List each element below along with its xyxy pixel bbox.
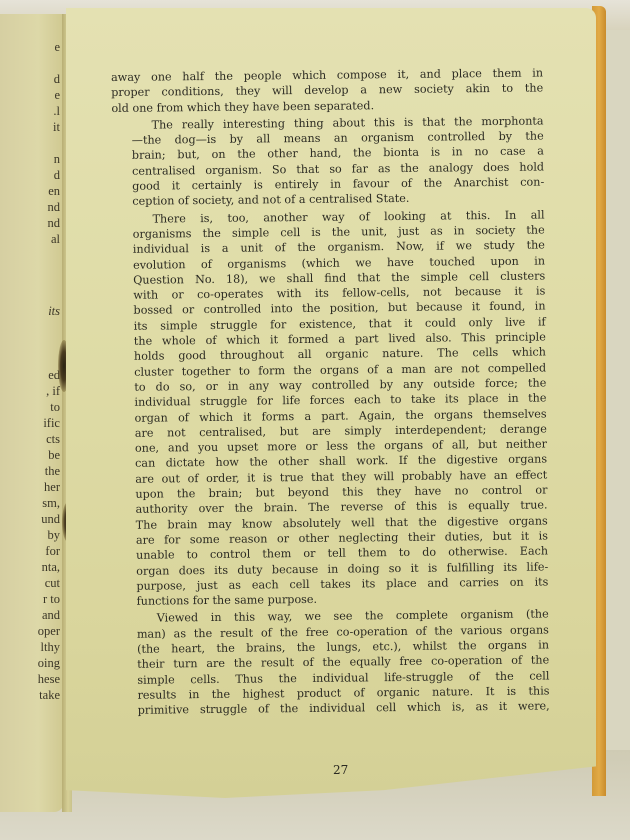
paragraph: There is, too, another way of looking at… (112, 207, 548, 609)
left-page-fragment: d (54, 72, 60, 87)
left-page-fragment: ific (43, 416, 60, 431)
left-page-fragment: cts (46, 432, 60, 447)
left-page-fragment: , if (46, 384, 60, 399)
left-page-fragment: e (54, 88, 60, 103)
left-page-fragment: oper (38, 624, 60, 639)
paragraph: Viewed in this way, we see the complete … (117, 607, 550, 719)
left-page-fragment: it (53, 120, 60, 135)
left-page-fragment: e (54, 40, 60, 55)
left-page-fragment: al (51, 232, 60, 247)
left-page: ede.litndenndndalitsed, iftoificctsbethe… (0, 14, 64, 812)
left-page-fragment: en (48, 184, 60, 199)
text-line: functions for the same purpose. (116, 590, 548, 610)
left-page-fragment: nd (48, 200, 61, 215)
paragraph: The really interesting thing about this … (112, 113, 545, 209)
left-page-fragment: and (42, 608, 60, 623)
left-page-fragment: the (45, 464, 60, 479)
left-page-fragment: lthy (41, 640, 60, 655)
left-page-fragment: oing (38, 656, 60, 671)
left-page-fragment: for (45, 544, 60, 559)
left-page-fragment: sm, (42, 496, 60, 511)
left-page-fragment: nd (48, 216, 61, 231)
left-page-fragment: hese (38, 672, 60, 687)
left-page-fragment: cut (45, 576, 60, 591)
left-page-fragment: .l (53, 104, 60, 119)
left-page-fragment: und (41, 512, 60, 527)
left-page-fragment: its (48, 304, 60, 319)
page-number: 27 (333, 763, 348, 777)
left-page-fragment: her (44, 480, 60, 495)
left-page-fragment: be (48, 448, 60, 463)
left-page-fragment: to (50, 400, 60, 415)
left-page-fragment: nta, (42, 560, 60, 575)
left-page-fragment: take (39, 688, 60, 703)
left-page-fragment: d (54, 168, 60, 183)
left-page-fragment: r to (43, 592, 60, 607)
text-line: ception of society, and not of a central… (112, 190, 544, 210)
page-body-text: away one half the people which compose i… (111, 65, 550, 718)
left-page-fragment: n (54, 152, 60, 167)
left-page-fragment: by (48, 528, 61, 543)
paragraph: away one half the people which compose i… (111, 65, 543, 115)
